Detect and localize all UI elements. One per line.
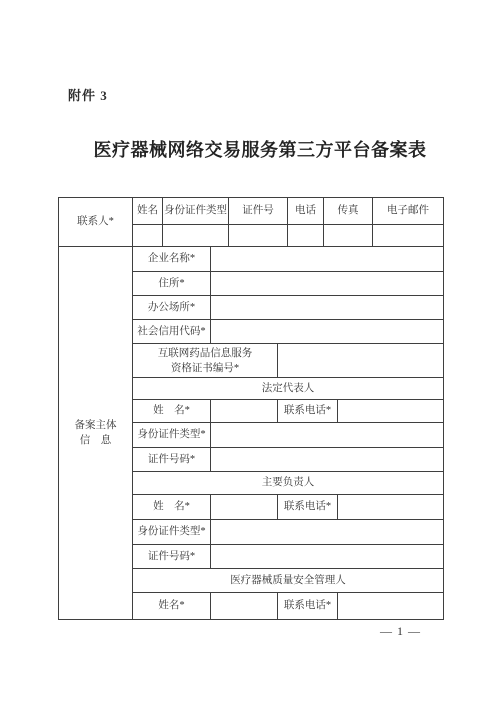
contact-id-number-value [229, 225, 288, 247]
contact-header-name: 姓名 [133, 198, 163, 225]
subject-row-label: 备案主体 信 息 [59, 247, 133, 620]
legal-rep-phone-label: 联系电话* [278, 400, 338, 423]
subject-row-label-line1: 备案主体 [60, 418, 131, 433]
principal-name-value [211, 495, 278, 520]
attachment-label: 附件 3 [68, 85, 108, 104]
page-title: 医疗器械网络交易服务第三方平台备案表 [20, 136, 500, 162]
internet-cert-label-line2: 资格证书编号* [134, 361, 276, 376]
internet-cert-label: 互联网药品信息服务 资格证书编号* [133, 344, 278, 378]
legal-rep-name-value [211, 400, 278, 423]
legal-rep-id-number-label: 证件号码* [133, 448, 211, 472]
principal-header: 主要负责人 [133, 472, 444, 495]
principal-name-label: 姓 名* [133, 495, 211, 520]
internet-cert-label-line1: 互联网药品信息服务 [134, 346, 276, 361]
contact-header-fax: 传真 [324, 198, 373, 225]
company-name-value [211, 247, 444, 272]
principal-id-number-value [211, 545, 444, 569]
contact-email-value [373, 225, 444, 247]
office-value [211, 296, 444, 320]
legal-rep-id-type-value [211, 423, 444, 448]
legal-rep-id-type-label: 身份证件类型* [133, 423, 211, 448]
contact-name-value [133, 225, 163, 247]
subject-table: 备案主体 信 息 企业名称* 住所* 办公场所* 社会信用代码* 互联网药品 [58, 246, 444, 620]
principal-phone-label: 联系电话* [278, 495, 338, 520]
principal-id-type-value [211, 520, 444, 545]
credit-code-label: 社会信用代码* [133, 320, 211, 344]
company-name-label: 企业名称* [133, 247, 211, 272]
quality-manager-phone-value [338, 593, 444, 620]
contact-fax-value [324, 225, 373, 247]
legal-rep-name-label: 姓 名* [133, 400, 211, 423]
subject-row-label-line2: 信 息 [60, 433, 131, 448]
quality-manager-header: 医疗器械质量安全管理人 [133, 569, 444, 593]
residence-label: 住所* [133, 272, 211, 296]
legal-rep-phone-value [338, 400, 444, 423]
contact-phone-value [288, 225, 324, 247]
contact-header-id-type: 身份证件类型 [163, 198, 229, 225]
legal-rep-id-number-value [211, 448, 444, 472]
form-table: 联系人* 姓名 身份证件类型 证件号 电话 传真 电子邮件 [58, 197, 443, 620]
office-label: 办公场所* [133, 296, 211, 320]
principal-id-type-label: 身份证件类型* [133, 520, 211, 545]
contact-id-type-value [163, 225, 229, 247]
quality-manager-name-label: 姓名* [133, 593, 211, 620]
internet-cert-value [278, 344, 444, 378]
contact-header-id-number: 证件号 [229, 198, 288, 225]
contact-row-label: 联系人* [59, 198, 133, 247]
contact-header-email: 电子邮件 [373, 198, 444, 225]
legal-rep-header: 法定代表人 [133, 378, 444, 400]
quality-manager-name-value [211, 593, 278, 620]
principal-id-number-label: 证件号码* [133, 545, 211, 569]
contact-header-phone: 电话 [288, 198, 324, 225]
quality-manager-phone-label: 联系电话* [278, 593, 338, 620]
principal-phone-value [338, 495, 444, 520]
contact-table: 联系人* 姓名 身份证件类型 证件号 电话 传真 电子邮件 [58, 197, 444, 247]
page-number: — 1 — [380, 624, 421, 639]
credit-code-value [211, 320, 444, 344]
residence-value [211, 272, 444, 296]
